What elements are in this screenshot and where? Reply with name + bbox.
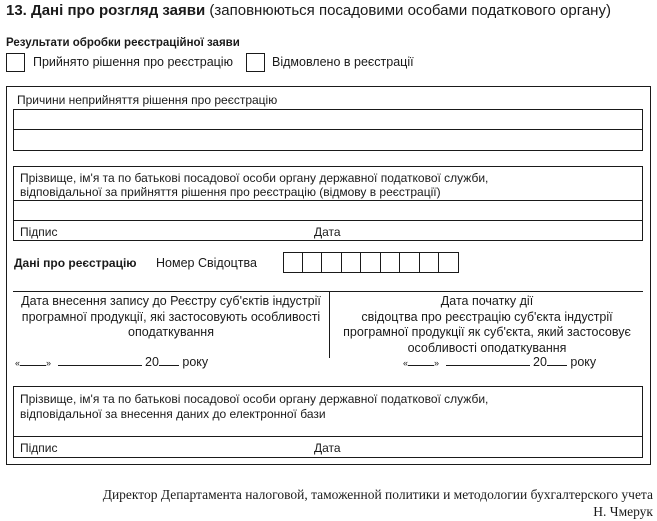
- footer-position: Директор Департамента налоговой, таможен…: [103, 486, 653, 503]
- start-year-suffix: року: [570, 355, 596, 369]
- rejected-label: Відмовлено в реєстрації: [272, 55, 414, 69]
- start-date-label-line1: Дата початку дії: [441, 294, 533, 308]
- entry-date-label: Дата внесення запису до Реєстру суб'єкті…: [15, 294, 327, 341]
- certificate-label: Номер Свідоцтва: [156, 256, 257, 270]
- rejection-line-1-input[interactable]: [14, 110, 642, 129]
- certificate-digit[interactable]: [322, 252, 342, 273]
- decision-signature-label: Підпис: [20, 225, 58, 239]
- close-quote: »: [434, 358, 439, 368]
- certificate-digit[interactable]: [400, 252, 420, 273]
- entry-year-prefix: 20: [145, 355, 159, 369]
- entry-date-label: Дата: [314, 441, 341, 455]
- close-quote: »: [46, 358, 51, 368]
- entry-signature-label: Підпис: [20, 441, 58, 455]
- entry-official-name-input[interactable]: [14, 422, 642, 435]
- certificate-number-field[interactable]: [283, 252, 459, 273]
- decision-official-label-1: Прізвище, ім'я та по батькові посадової …: [20, 171, 488, 185]
- certificate-digit[interactable]: [381, 252, 401, 273]
- entry-official-label-1: Прізвище, ім'я та по батькові посадової …: [20, 392, 488, 406]
- certificate-digit[interactable]: [420, 252, 440, 273]
- accepted-checkbox[interactable]: [6, 53, 25, 72]
- start-date-label-rest: свідоцтва про реєстрацію суб'єкта індуст…: [343, 310, 631, 355]
- entry-date-field[interactable]: «» 20 року: [15, 355, 208, 369]
- footer-signature: Директор Департамента налоговой, таможен…: [103, 486, 653, 520]
- start-year-prefix: 20: [533, 355, 547, 369]
- rejection-label: Причини неприйняття рішення про реєстрац…: [17, 93, 277, 107]
- entry-month-blank[interactable]: [58, 355, 142, 366]
- entry-official-label-2: відповідальної за внесення даних до елек…: [20, 407, 326, 421]
- section-title: 13. Дані про розгляд заяви: [6, 2, 205, 19]
- results-title: Результати обробки реєстраційної заяви: [6, 37, 240, 49]
- rejected-checkbox[interactable]: [246, 53, 265, 72]
- decision-official-name-input[interactable]: [14, 201, 642, 220]
- decision-date-label: Дата: [314, 225, 341, 239]
- certificate-digit[interactable]: [361, 252, 381, 273]
- entry-year-suffix: року: [182, 355, 208, 369]
- certificate-digit[interactable]: [439, 252, 459, 273]
- start-date-label: Дата початку дії свідоцтва про реєстраці…: [333, 294, 641, 356]
- section-heading: 13. Дані про розгляд заяви (заповнюються…: [6, 2, 611, 19]
- start-month-blank[interactable]: [446, 355, 530, 366]
- accepted-label: Прийнято рішення про реєстрацію: [33, 55, 233, 69]
- footer-name: Н. Чмерук: [103, 503, 653, 520]
- certificate-digit[interactable]: [283, 252, 303, 273]
- start-day-blank[interactable]: [408, 355, 434, 366]
- entry-divider: [13, 436, 643, 437]
- start-year-blank[interactable]: [547, 355, 567, 366]
- registration-title: Дані про реєстрацію: [14, 256, 137, 270]
- entry-year-blank[interactable]: [159, 355, 179, 366]
- certificate-digit[interactable]: [303, 252, 323, 273]
- decision-divider-2: [13, 220, 643, 221]
- start-date-field[interactable]: «» 20 року: [403, 355, 596, 369]
- rejection-line-2-input[interactable]: [14, 130, 642, 150]
- decision-official-label-2: відповідальної за прийняття рішення про …: [20, 185, 441, 199]
- dates-top-divider: [13, 291, 643, 292]
- dates-column-divider: [329, 291, 330, 358]
- certificate-digit[interactable]: [342, 252, 362, 273]
- entry-day-blank[interactable]: [20, 355, 46, 366]
- section-note: (заповнюються посадовими особами податко…: [209, 2, 611, 19]
